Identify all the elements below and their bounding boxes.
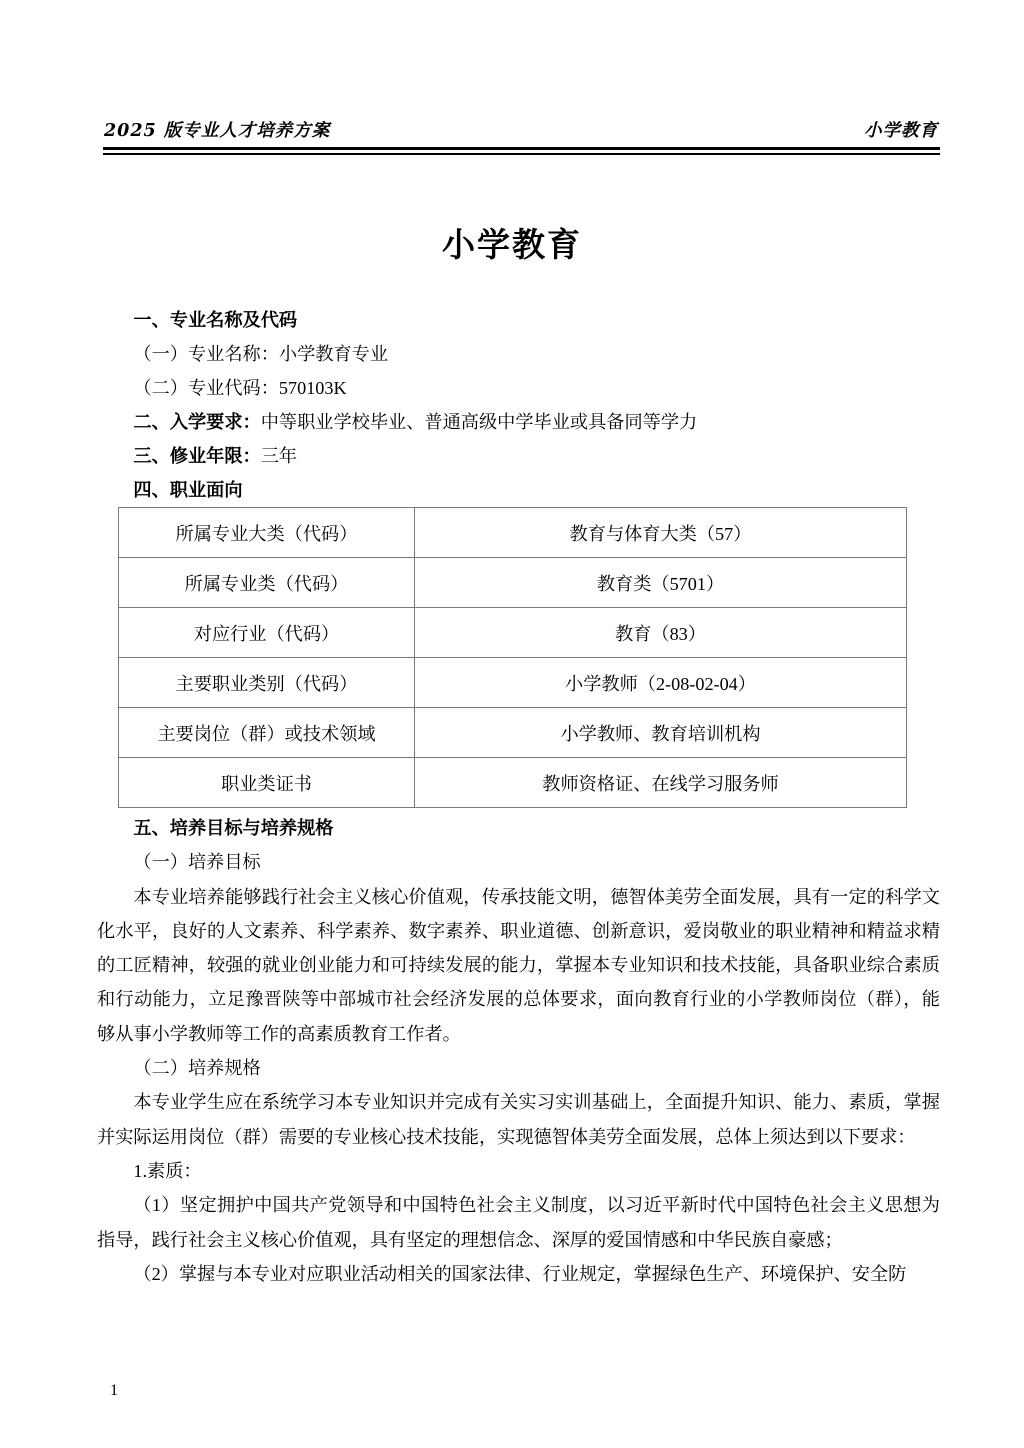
- document-title: 小学教育: [0, 219, 1024, 266]
- duration-value: 三年: [261, 446, 297, 466]
- career-orientation-table: 所属专业大类（代码） 教育与体育大类（57） 所属专业类（代码） 教育类（570…: [118, 507, 907, 808]
- quality-item-2: （2）掌握与本专业对应职业活动相关的国家法律、行业规定，掌握绿色生产、环境保护、…: [97, 1257, 940, 1291]
- section4-heading: 四、职业面向: [97, 473, 940, 507]
- table-cell-label: 对应行业（代码）: [119, 608, 415, 658]
- major-name-value: 小学教育专业: [279, 344, 388, 364]
- table-cell-value: 教育与体育大类（57）: [415, 508, 907, 558]
- header-double-rule: [103, 147, 940, 155]
- major-code-label: （二）专业代码：: [133, 378, 279, 398]
- table-row: 主要岗位（群）或技术领域 小学教师、教育培训机构: [119, 708, 907, 758]
- table-row: 职业类证书 教师资格证、在线学习服务师: [119, 758, 907, 808]
- page-header: 2025 版专业人才培养方案 小学教育: [104, 117, 938, 142]
- table-cell-label: 主要岗位（群）或技术领域: [119, 708, 415, 758]
- table-cell-label: 职业类证书: [119, 758, 415, 808]
- major-name-line: （一）专业名称：小学教育专业: [97, 337, 940, 371]
- document-page: 2025 版专业人才培养方案 小学教育 小学教育 一、专业名称及代码 （一）专业…: [0, 0, 1024, 1448]
- section5-body: 五、培养目标与培养规格 （一）培养目标 本专业培养能够践行社会主义核心价值观，传…: [97, 811, 940, 1291]
- major-code-value: 570103K: [279, 378, 347, 398]
- table-row: 对应行业（代码） 教育（83）: [119, 608, 907, 658]
- table-row: 所属专业大类（代码） 教育与体育大类（57）: [119, 508, 907, 558]
- table-cell-label: 所属专业大类（代码）: [119, 508, 415, 558]
- training-spec-paragraph: 本专业学生应在系统学习本专业知识并完成有关实习实训基础上，全面提升知识、能力、素…: [97, 1085, 940, 1154]
- major-name-label: （一）专业名称：: [133, 344, 279, 364]
- table-cell-value: 教师资格证、在线学习服务师: [415, 758, 907, 808]
- table-cell-value: 小学教师、教育培训机构: [415, 708, 907, 758]
- header-right-text: 小学教育: [864, 117, 938, 142]
- training-spec-heading: （二）培养规格: [97, 1051, 940, 1085]
- section1-heading: 一、专业名称及代码: [97, 303, 940, 337]
- quality-heading: 1.素质：: [97, 1154, 940, 1188]
- table-cell-value: 教育（83）: [415, 608, 907, 658]
- table-cell-label: 所属专业类（代码）: [119, 558, 415, 608]
- table-cell-label: 主要职业类别（代码）: [119, 658, 415, 708]
- table-row: 主要职业类别（代码） 小学教师（2-08-02-04）: [119, 658, 907, 708]
- section2-heading: 二、入学要求：: [133, 412, 260, 432]
- training-objective-paragraph: 本专业培养能够践行社会主义核心价值观，传承技能文明，德智体美劳全面发展，具有一定…: [97, 880, 940, 1051]
- page-number: 1: [110, 1382, 118, 1400]
- table-cell-value: 小学教师（2-08-02-04）: [415, 658, 907, 708]
- duration-line: 三、修业年限：三年: [97, 439, 940, 473]
- table-cell-value: 教育类（5701）: [415, 558, 907, 608]
- intro-section: 一、专业名称及代码 （一）专业名称：小学教育专业 （二）专业代码：570103K…: [97, 303, 940, 507]
- section3-heading: 三、修业年限：: [133, 446, 260, 466]
- section5-heading: 五、培养目标与培养规格: [97, 811, 940, 845]
- admission-line: 二、入学要求：中等职业学校毕业、普通高级中学毕业或具备同等学力: [97, 405, 940, 439]
- table-row: 所属专业类（代码） 教育类（5701）: [119, 558, 907, 608]
- major-code-line: （二）专业代码：570103K: [97, 371, 940, 405]
- training-objective-heading: （一）培养目标: [97, 845, 940, 879]
- admission-value: 中等职业学校毕业、普通高级中学毕业或具备同等学力: [261, 412, 698, 432]
- header-left-text: 2025 版专业人才培养方案: [104, 117, 330, 142]
- quality-item-1: （1）坚定拥护中国共产党领导和中国特色社会主义制度，以习近平新时代中国特色社会主…: [97, 1188, 940, 1257]
